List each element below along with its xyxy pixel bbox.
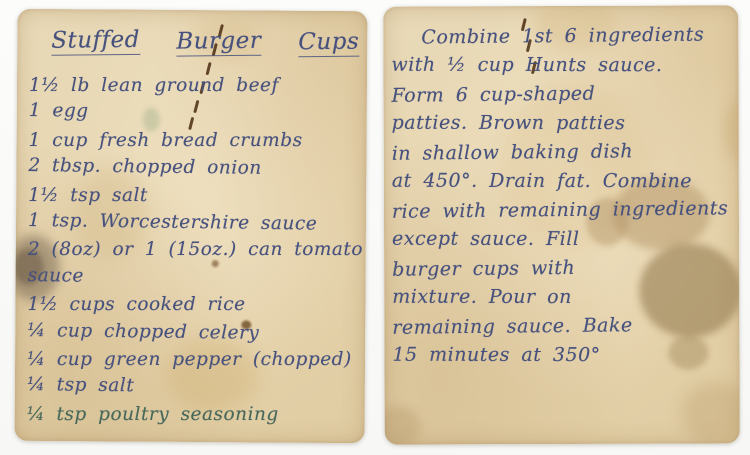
recipe-line: remaining sauce. Bake	[392, 310, 737, 343]
recipe-line: burger cups with	[392, 252, 737, 285]
recipe-line: ¼ tsp salt	[27, 371, 361, 402]
recipe-line: at 450°. Drain fat. Combine	[392, 167, 737, 197]
recipe-line: 15 minutes at 350°	[392, 341, 737, 371]
recipe-title: Stuffed Burger Cups	[51, 27, 367, 57]
recipe-line: 1½ tsp salt	[28, 182, 362, 209]
recipe-line: 2 tbsp. chopped onion	[28, 152, 362, 183]
recipe-line: mixture. Pour on	[392, 283, 737, 313]
recipe-title-word: Burger	[177, 28, 262, 57]
photo-background: Stuffed Burger Cups 1½ lb lean ground be…	[0, 0, 750, 455]
recipe-line: with ½ cup Hunts sauce.	[391, 51, 736, 81]
recipe-line: ¼ cup green pepper (chopped)	[27, 346, 361, 373]
recipe-card-ingredients: Stuffed Burger Cups 1½ lb lean ground be…	[14, 9, 367, 443]
recipe-line: patties. Brown patties	[392, 109, 737, 139]
recipe-title-word: Cups	[298, 29, 359, 58]
stain	[681, 381, 740, 443]
recipe-line: except sauce. Fill	[392, 225, 737, 255]
recipe-line: 1½ cups cooked rice	[27, 291, 361, 318]
recipe-line: 1 tsp. Worcestershire sauce	[28, 207, 362, 238]
recipe-card-instructions: Combine 1st 6 ingredients with ½ cup Hun…	[383, 5, 740, 444]
stain	[383, 406, 421, 444]
recipe-line: 2 (8oz) or 1 (15oz.) can tomato	[28, 236, 362, 263]
recipe-line: 1½ lb lean ground beef	[29, 72, 363, 99]
recipe-title-word: Stuffed	[51, 27, 140, 56]
ingredient-list: 1½ lb lean ground beef 1 egg 1 cup fresh…	[27, 71, 363, 430]
recipe-line: ¼ tsp poultry seasoning	[27, 401, 361, 428]
recipe-line: Combine 1st 6 ingredients	[391, 20, 736, 53]
recipe-line: ¼ cup chopped celery	[27, 317, 361, 348]
recipe-line: 1 egg	[29, 97, 363, 128]
recipe-line: Form 6 cup-shaped	[391, 78, 736, 111]
recipe-line: rice with remaining ingredients	[392, 194, 737, 227]
instruction-text: Combine 1st 6 ingredients with ½ cup Hun…	[391, 21, 737, 370]
recipe-line: sauce	[27, 262, 361, 293]
recipe-line: 1 cup fresh bread crumbs	[29, 127, 363, 154]
recipe-line: in shallow baking dish	[392, 136, 737, 169]
